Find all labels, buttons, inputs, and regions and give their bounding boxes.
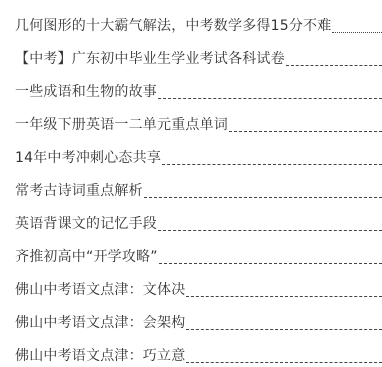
list-item[interactable]: 几何图形的十大霸气解法，中考数学多得15分不难 — [15, 8, 382, 41]
dotted-leader — [162, 164, 382, 165]
article-title: 英语背课文的记忆手段 — [15, 214, 157, 234]
dotted-leader — [144, 197, 382, 198]
article-link[interactable]: 佛山中考语文点津：巧立意 — [15, 346, 382, 367]
article-title: 一年级下册英语一二单元重点单词 — [15, 115, 228, 135]
dotted-leader — [286, 65, 382, 66]
dotted-leader — [229, 131, 382, 132]
article-link[interactable]: 几何图形的十大霸气解法，中考数学多得15分不难 — [15, 16, 382, 41]
list-item[interactable]: 英语背课文的记忆手段 — [15, 206, 382, 239]
list-item[interactable]: 佛山中考语文点津：会架构 — [15, 305, 382, 338]
article-title: 佛山中考语文点津：巧立意 — [15, 346, 185, 366]
list-item[interactable]: 佛山中考语文点津：文体决 — [15, 272, 382, 305]
list-item[interactable]: 14年中考冲刺心态共享 — [15, 140, 382, 173]
article-title: 常考古诗词重点解析 — [15, 181, 143, 201]
dotted-leader — [159, 263, 382, 264]
article-link[interactable]: 一年级下册英语一二单元重点单词 — [15, 115, 382, 140]
list-item[interactable]: 一年级下册英语一二单元重点单词 — [15, 107, 382, 140]
list-item[interactable]: 一些成语和生物的故事 — [15, 74, 382, 107]
article-link[interactable]: 常考古诗词重点解析 — [15, 181, 382, 206]
list-item[interactable]: 齐推初高中“开学攻略” — [15, 239, 382, 272]
dotted-leader — [186, 296, 382, 297]
article-link[interactable]: 齐推初高中“开学攻略” — [15, 247, 382, 272]
article-link[interactable]: 佛山中考语文点津：文体决 — [15, 280, 382, 305]
article-list: 几何图形的十大霸气解法，中考数学多得15分不难 【中考】广东初中毕业生学业考试各… — [15, 8, 382, 367]
article-title: 佛山中考语文点津：会架构 — [15, 313, 185, 333]
dotted-leader — [186, 329, 382, 330]
article-title: 【中考】广东初中毕业生学业考试各科试卷 — [15, 49, 285, 69]
article-title: 一些成语和生物的故事 — [15, 82, 157, 102]
article-title: 14年中考冲刺心态共享 — [15, 148, 161, 168]
article-link[interactable]: 佛山中考语文点津：会架构 — [15, 313, 382, 338]
article-link[interactable]: 英语背课文的记忆手段 — [15, 214, 382, 239]
article-title: 齐推初高中“开学攻略” — [15, 247, 158, 267]
list-item[interactable]: 常考古诗词重点解析 — [15, 173, 382, 206]
dotted-leader — [332, 32, 382, 33]
dotted-leader — [158, 230, 382, 231]
article-title: 佛山中考语文点津：文体决 — [15, 280, 185, 300]
article-title: 几何图形的十大霸气解法，中考数学多得15分不难 — [15, 16, 331, 36]
list-item[interactable]: 佛山中考语文点津：巧立意 — [15, 338, 382, 367]
article-link[interactable]: 【中考】广东初中毕业生学业考试各科试卷 — [15, 49, 382, 74]
article-link[interactable]: 14年中考冲刺心态共享 — [15, 148, 382, 173]
dotted-leader — [158, 98, 382, 99]
list-item[interactable]: 【中考】广东初中毕业生学业考试各科试卷 — [15, 41, 382, 74]
article-link[interactable]: 一些成语和生物的故事 — [15, 82, 382, 107]
dotted-leader — [186, 362, 382, 363]
